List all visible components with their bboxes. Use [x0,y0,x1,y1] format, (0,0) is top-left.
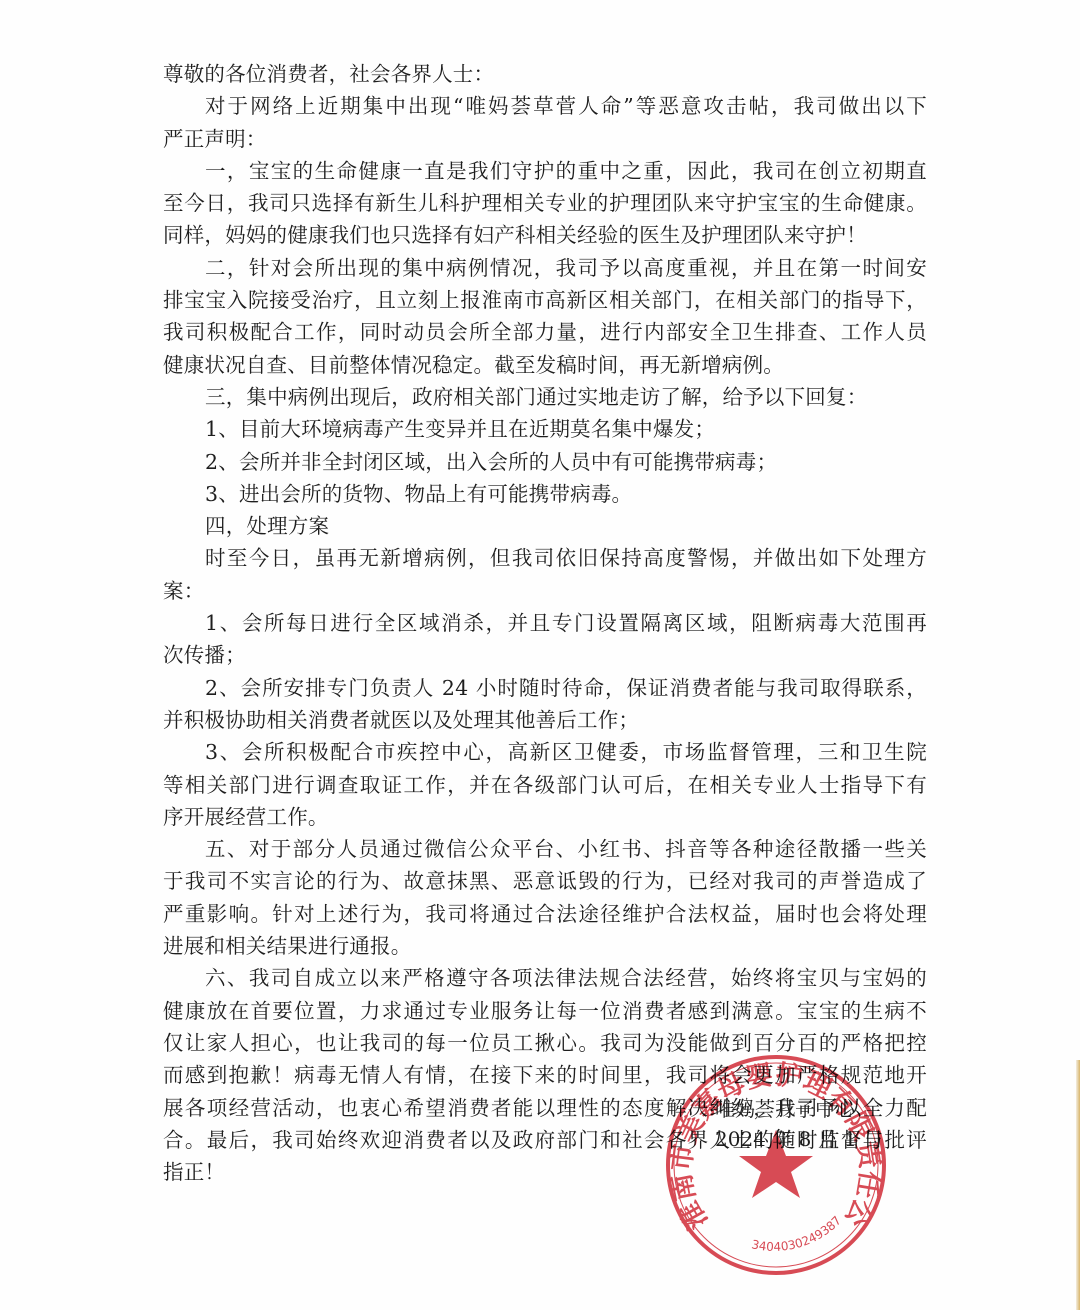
section-3-item-3: 3、进出会所的货物、物品上有可能携带病毒。 [163,478,927,510]
section-4-item-3-line: 等相关部门进行调查取证工作，并在各级部门认可后，在相关专业人士指导下有 [163,769,927,801]
section-3-heading: 三，集中病例出现后，政府相关部门通过实地走访了解，给予以下回复： [163,381,927,413]
section-2-line: 排宝宝入院接受治疗，且立刻上报淮南市高新区相关部门，在相关部门的指导下， [163,284,927,316]
section-2-line: 健康状况自查、目前整体情况稳定。截至发稿时间，再无新增病例。 [163,349,927,381]
section-5-line: 于我司不实言论的行为、故意抹黑、恶意诋毁的行为，已经对我司的声誉造成了 [163,865,927,897]
paragraph-intro-line: 严正声明： [163,123,927,155]
section-4-item-2-line: 2、会所安排专门负责人 24 小时随时待命，保证消费者能与我司取得联系， [163,672,927,704]
salutation: 尊敬的各位消费者，社会各界人士： [163,58,927,90]
paragraph-intro-line: 对于网络上近期集中出现“唯妈荟草菅人命”等恶意攻击帖，我司做出以下 [163,90,927,122]
section-2-line: 二，针对会所出现的集中病例情况，我司予以高度重视，并且在第一时间安 [163,252,927,284]
section-4-item-3-line: 序开展经营工作。 [163,801,927,833]
section-5-line: 严重影响。针对上述行为，我司将通过合法途径维护合法权益，届时也会将处理 [163,898,927,930]
statement-body: 尊敬的各位消费者，社会各界人士： 对于网络上近期集中出现“唯妈荟草菅人命”等恶意… [163,58,927,1188]
section-4-item-1-line: 次传播； [163,639,927,671]
section-6-line: 健康放在首要位置，力求通过专业服务让每一位消费者感到满意。宝宝的生病不 [163,995,927,1027]
section-3-item-2: 2、会所并非全封闭区域，出入会所的人员中有可能携带病毒； [163,446,927,478]
star-icon [739,1130,813,1198]
section-3-item-1: 1、目前大环境病毒产生变异并且在近期莫名集中爆发； [163,413,927,445]
seal-code-text: 3404030249387 [750,1213,844,1254]
section-4-intro-line: 时至今日，虽再无新增病例，但我司依旧保持高度警惕，并做出如下处理方 [163,542,927,574]
section-1-line: 一，宝宝的生命健康一直是我们守护的重中之重，因此，我司在创立初期直 [163,155,927,187]
section-4-item-2-line: 并积极协助相关消费者就医以及处理其他善后工作； [163,704,927,736]
section-1-line: 同样，妈妈的健康我们也只选择有妇产科相关经验的医生及护理团队来守护！ [163,219,927,251]
section-2-line: 我司积极配合工作，同时动员会所全部力量，进行内部安全卫生排查、工作人员 [163,316,927,348]
section-1-line: 至今日，我司只选择有新生儿科护理相关专业的护理团队来守护宝宝的生命健康。 [163,187,927,219]
section-4-heading: 四，处理方案 [163,510,927,542]
section-4-item-3-line: 3、会所积极配合市疾控中心，高新区卫健委，市场监督管理，三和卫生院 [163,736,927,768]
document-page: 尊敬的各位消费者，社会各界人士： 对于网络上近期集中出现“唯妈荟草菅人命”等恶意… [0,0,1080,1310]
company-seal-stamp: 淮南市美嘉母婴护理有限责任公司 3404030249387 [663,1052,889,1278]
section-4-intro-line: 案： [163,575,927,607]
section-5-line: 五、对于部分人员通过微信公众平台、小红书、抖音等各种途径散播一些关 [163,833,927,865]
section-4-item-1-line: 1、会所每日进行全区域消杀，并且专门设置隔离区域，阻断病毒大范围再 [163,607,927,639]
section-5-line: 进展和相关结果进行通报。 [163,930,927,962]
page-edge-shadow [1076,1060,1080,1310]
section-6-line: 六、我司自成立以来严格遵守各项法律法规合法经营，始终将宝贝与宝妈的 [163,962,927,994]
